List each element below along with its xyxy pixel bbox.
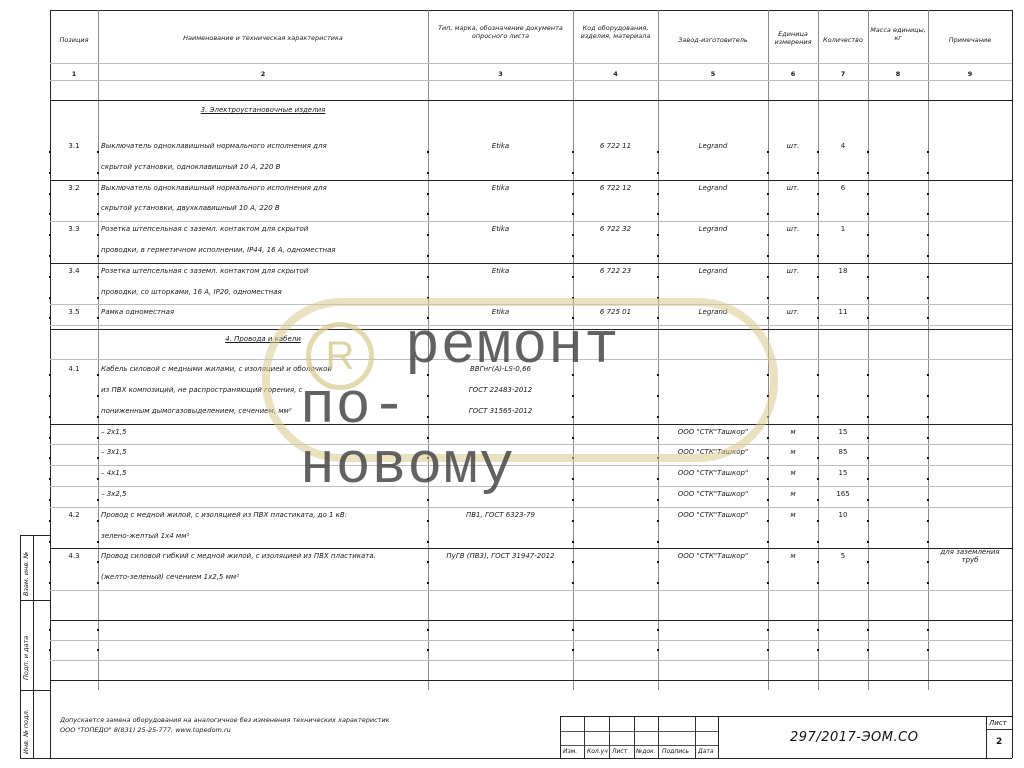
grid-node <box>817 193 819 195</box>
tb-label-koluch: Кол.уч <box>587 748 608 755</box>
item-note: для заземления труб <box>931 548 1009 564</box>
item-name-line: – 3х1,5 <box>101 448 425 457</box>
item-quantity: 18 <box>821 267 865 276</box>
grid-node <box>927 234 929 236</box>
grid-node <box>867 649 869 651</box>
grid-node <box>49 151 51 153</box>
row-divider <box>50 590 1012 591</box>
header-label-col4: Код оборудования, изделия, материала <box>575 24 656 40</box>
row-divider <box>50 486 1012 487</box>
grid-node <box>427 649 429 651</box>
row-divider <box>50 548 1012 549</box>
grid-node <box>97 395 99 397</box>
grid-node <box>817 649 819 651</box>
item-quantity: 15 <box>821 428 865 437</box>
grid-node <box>767 317 769 319</box>
grid-node <box>97 649 99 651</box>
grid-node <box>572 541 574 543</box>
grid-node <box>97 374 99 376</box>
grid-node <box>427 172 429 174</box>
grid-node <box>49 276 51 278</box>
tb-label-list: Лист <box>612 748 627 755</box>
grid-node <box>657 234 659 236</box>
item-quantity: 4 <box>821 142 865 151</box>
header-number-col5: 5 <box>660 70 766 79</box>
grid-node <box>867 629 869 631</box>
grid-node <box>767 151 769 153</box>
item-name-line: проводки, в герметичном исполнении, IP44… <box>101 246 425 255</box>
item-name-line: – 3х2,5 <box>101 490 425 499</box>
grid-node <box>657 629 659 631</box>
column-divider <box>868 10 869 690</box>
row-divider <box>50 80 1012 81</box>
item-type: Etika <box>431 184 570 193</box>
row-divider <box>50 680 1012 681</box>
grid-node <box>767 629 769 631</box>
item-position: 3.4 <box>53 267 95 276</box>
item-maker: ООО "СТК"Ташкор" <box>661 552 765 561</box>
grid-node <box>817 234 819 236</box>
grid-node <box>867 582 869 584</box>
grid-node <box>97 520 99 522</box>
grid-node <box>867 374 869 376</box>
item-unit: шт. <box>771 225 815 234</box>
grid-node <box>657 317 659 319</box>
row-divider <box>50 63 1012 64</box>
grid-node <box>572 213 574 215</box>
tb-label-date: Дата <box>698 748 714 755</box>
registered-icon: R <box>306 322 374 390</box>
grid-node <box>572 374 574 376</box>
grid-node <box>657 457 659 459</box>
item-maker: ООО "СТК"Ташкор" <box>661 469 765 478</box>
grid-node <box>427 374 429 376</box>
item-quantity: 85 <box>821 448 865 457</box>
row-divider <box>50 465 1012 466</box>
item-type: Etika <box>431 308 570 317</box>
grid-node <box>817 276 819 278</box>
grid-node <box>817 416 819 418</box>
item-code: 6 722 11 <box>576 142 655 151</box>
grid-node <box>767 297 769 299</box>
grid-node <box>867 561 869 563</box>
grid-node <box>657 416 659 418</box>
grid-node <box>657 395 659 397</box>
grid-node <box>927 629 929 631</box>
grid-node <box>97 172 99 174</box>
grid-node <box>49 213 51 215</box>
item-position: 3.5 <box>53 308 95 317</box>
grid-node <box>817 499 819 501</box>
item-position: 4.3 <box>53 552 95 561</box>
grid-node <box>927 374 929 376</box>
grid-node <box>657 172 659 174</box>
grid-node <box>867 151 869 153</box>
document-code: 297/2017-ЭОМ.СО <box>790 730 918 745</box>
grid-node <box>97 582 99 584</box>
item-name-line: Провод силовой гибкий с медной жилой, с … <box>101 552 425 561</box>
grid-node <box>657 499 659 501</box>
item-name-line: пониженным дымогазовыделением, сечением,… <box>101 407 425 416</box>
grid-node <box>927 151 929 153</box>
grid-node <box>572 276 574 278</box>
grid-node <box>657 276 659 278</box>
grid-node <box>867 276 869 278</box>
item-unit: шт. <box>771 184 815 193</box>
grid-node <box>927 499 929 501</box>
frame-left <box>50 10 51 758</box>
grid-node <box>427 437 429 439</box>
column-divider <box>573 10 574 690</box>
grid-node <box>49 193 51 195</box>
grid-node <box>97 213 99 215</box>
item-type: Etika <box>431 267 570 276</box>
grid-node <box>867 297 869 299</box>
grid-node <box>572 395 574 397</box>
item-name-line: Выключатель одноклавишный нормального ис… <box>101 184 425 193</box>
grid-node <box>817 520 819 522</box>
grid-node <box>427 582 429 584</box>
item-code: 6 722 32 <box>576 225 655 234</box>
item-name-line: (желто-зеленый) сечением 1х2,5 мм² <box>101 573 425 582</box>
grid-node <box>927 297 929 299</box>
header-number-col2: 2 <box>100 70 426 79</box>
item-unit: шт. <box>771 308 815 317</box>
item-type: ГОСТ 31565-2012 <box>431 407 570 416</box>
item-name-line: Рамка одноместная <box>101 308 425 317</box>
side-stamp-replace-inv: Взам. инв. № <box>22 552 30 596</box>
row-divider <box>50 444 1012 445</box>
item-position: 3.3 <box>53 225 95 234</box>
grid-node <box>49 395 51 397</box>
grid-node <box>97 193 99 195</box>
item-unit: м <box>771 511 815 520</box>
item-maker: Legrand <box>661 184 765 193</box>
grid-node <box>817 629 819 631</box>
row-divider <box>50 329 1012 330</box>
side-stamp-inv-orig: Инв. № подл. <box>22 709 30 754</box>
grid-node <box>49 499 51 501</box>
grid-node <box>427 457 429 459</box>
grid-node <box>817 151 819 153</box>
grid-node <box>49 297 51 299</box>
item-name-line: Кабель силовой с медными жилами, с изоля… <box>101 365 425 374</box>
column-divider <box>428 10 429 690</box>
grid-node <box>927 317 929 319</box>
item-unit: шт. <box>771 142 815 151</box>
grid-node <box>867 437 869 439</box>
item-unit: м <box>771 469 815 478</box>
row-divider <box>50 359 1012 360</box>
grid-node <box>49 629 51 631</box>
item-maker: Legrand <box>661 308 765 317</box>
grid-node <box>767 457 769 459</box>
column-divider <box>658 10 659 690</box>
column-divider <box>768 10 769 690</box>
item-quantity: 5 <box>821 552 865 561</box>
grid-node <box>867 457 869 459</box>
grid-node <box>817 561 819 563</box>
item-quantity: 11 <box>821 308 865 317</box>
specification-sheet: Позиция1Наименование и техническая харак… <box>0 0 1024 768</box>
grid-node <box>97 416 99 418</box>
item-name-line: скрытой установки, одноклавишный 10 А, 2… <box>101 163 425 172</box>
grid-node <box>927 437 929 439</box>
grid-node <box>867 541 869 543</box>
row-divider <box>50 325 1012 326</box>
row-divider <box>50 263 1012 264</box>
row-divider <box>50 507 1012 508</box>
header-number-col4: 4 <box>575 70 656 79</box>
item-name-line: Розетка штепсельная с заземл. контактом … <box>101 267 425 276</box>
item-name-line: из ПВХ композиций, не распространяющий г… <box>101 386 425 395</box>
grid-node <box>657 213 659 215</box>
item-position: 3.2 <box>53 184 95 193</box>
header-number-col6: 6 <box>770 70 816 79</box>
tb-label-izm: Изм. <box>563 748 577 755</box>
grid-node <box>572 582 574 584</box>
footnote-line1: Допускается замена оборудования на анало… <box>60 716 390 725</box>
grid-node <box>767 395 769 397</box>
grid-node <box>427 395 429 397</box>
item-position: 4.2 <box>53 511 95 520</box>
grid-node <box>867 499 869 501</box>
grid-node <box>867 395 869 397</box>
grid-node <box>767 234 769 236</box>
sheet-label: Лист <box>989 719 1007 727</box>
item-unit: м <box>771 448 815 457</box>
grid-node <box>427 541 429 543</box>
grid-node <box>427 561 429 563</box>
item-position: 3.1 <box>53 142 95 151</box>
grid-node <box>49 374 51 376</box>
tb-label-signature: Подпись <box>662 748 689 755</box>
grid-node <box>817 213 819 215</box>
column-divider <box>818 10 819 690</box>
grid-node <box>572 172 574 174</box>
grid-node <box>767 374 769 376</box>
item-name-line: Провод с медной жилой, с изоляцией из ПВ… <box>101 511 425 520</box>
grid-node <box>767 255 769 257</box>
grid-node <box>927 395 929 397</box>
row-divider <box>50 620 1012 621</box>
grid-node <box>49 416 51 418</box>
grid-node <box>572 478 574 480</box>
header-label-col5: Завод-изготовитель <box>660 36 766 44</box>
grid-node <box>767 649 769 651</box>
row-divider <box>50 660 1012 661</box>
grid-node <box>767 276 769 278</box>
grid-node <box>572 499 574 501</box>
item-unit: шт. <box>771 267 815 276</box>
item-code: 6 722 23 <box>576 267 655 276</box>
row-divider <box>50 221 1012 222</box>
grid-node <box>817 582 819 584</box>
grid-node <box>427 478 429 480</box>
grid-node <box>657 297 659 299</box>
grid-node <box>572 457 574 459</box>
grid-node <box>49 234 51 236</box>
grid-node <box>572 234 574 236</box>
side-stamp-sign-date: Подп. и дата <box>22 636 30 680</box>
grid-node <box>927 172 929 174</box>
header-label-col1: Позиция <box>52 36 96 44</box>
item-name-line: Выключатель одноклавишный нормального ис… <box>101 142 425 151</box>
row-divider <box>50 424 1012 425</box>
grid-node <box>817 297 819 299</box>
grid-node <box>49 457 51 459</box>
grid-node <box>427 193 429 195</box>
grid-node <box>657 561 659 563</box>
grid-node <box>427 297 429 299</box>
header-label-col8: Масса единицы, кг <box>870 26 926 42</box>
item-quantity: 165 <box>821 490 865 499</box>
header-number-col7: 7 <box>820 70 866 79</box>
grid-node <box>49 172 51 174</box>
item-name-line: зелено-желтый 1х4 мм² <box>101 532 425 541</box>
grid-node <box>867 172 869 174</box>
grid-node <box>427 255 429 257</box>
grid-node <box>49 478 51 480</box>
frame-right <box>1012 10 1013 758</box>
grid-node <box>97 234 99 236</box>
row-divider <box>50 304 1012 305</box>
item-name-line: Розетка штепсельная с заземл. контактом … <box>101 225 425 234</box>
item-unit: м <box>771 552 815 561</box>
item-maker: Legrand <box>661 142 765 151</box>
grid-node <box>927 193 929 195</box>
grid-node <box>867 193 869 195</box>
grid-node <box>927 457 929 459</box>
grid-node <box>927 255 929 257</box>
tb-label-ndoc: №док. <box>636 748 656 755</box>
grid-node <box>927 213 929 215</box>
item-position: 4.1 <box>53 365 95 374</box>
grid-node <box>767 520 769 522</box>
item-maker: Legrand <box>661 267 765 276</box>
grid-node <box>49 582 51 584</box>
item-unit: м <box>771 490 815 499</box>
grid-node <box>97 457 99 459</box>
grid-node <box>49 561 51 563</box>
grid-node <box>867 234 869 236</box>
grid-node <box>572 629 574 631</box>
grid-node <box>49 317 51 319</box>
grid-node <box>97 297 99 299</box>
grid-node <box>427 416 429 418</box>
item-type: Etika <box>431 142 570 151</box>
grid-node <box>767 213 769 215</box>
grid-node <box>817 374 819 376</box>
header-number-col1: 1 <box>52 70 96 79</box>
grid-node <box>427 151 429 153</box>
row-divider <box>50 100 1012 101</box>
grid-node <box>427 213 429 215</box>
grid-node <box>657 520 659 522</box>
grid-node <box>867 255 869 257</box>
grid-node <box>767 416 769 418</box>
grid-node <box>657 478 659 480</box>
grid-node <box>427 629 429 631</box>
item-maker: ООО "СТК"Ташкор" <box>661 428 765 437</box>
header-label-col3: Тип, марка, обозначение документа опросн… <box>430 24 571 40</box>
grid-node <box>927 541 929 543</box>
grid-node <box>767 499 769 501</box>
item-code: 6 722 12 <box>576 184 655 193</box>
grid-node <box>572 561 574 563</box>
grid-node <box>572 317 574 319</box>
watermark-line2: по-новому <box>300 378 515 498</box>
item-code: 6 725 01 <box>576 308 655 317</box>
grid-node <box>97 255 99 257</box>
grid-node <box>767 582 769 584</box>
grid-node <box>97 437 99 439</box>
grid-node <box>927 520 929 522</box>
header-label-col6: Единица измерения <box>770 30 816 46</box>
header-number-col3: 3 <box>430 70 571 79</box>
row-divider <box>50 640 1012 641</box>
grid-node <box>657 649 659 651</box>
grid-node <box>49 437 51 439</box>
grid-node <box>817 437 819 439</box>
grid-node <box>97 541 99 543</box>
item-name-line: – 4х1,5 <box>101 469 425 478</box>
section-title: 3. Электроустановочные изделия <box>98 106 428 115</box>
grid-node <box>867 478 869 480</box>
item-maker: ООО "СТК"Ташкор" <box>661 490 765 499</box>
grid-node <box>97 561 99 563</box>
grid-node <box>867 317 869 319</box>
grid-node <box>97 629 99 631</box>
item-name-line: скрытой установки, двухклавишный 10 А, 2… <box>101 204 425 213</box>
grid-node <box>572 437 574 439</box>
header-number-col9: 9 <box>930 70 1010 79</box>
grid-node <box>867 213 869 215</box>
item-maker: ООО "СТК"Ташкор" <box>661 448 765 457</box>
row-divider <box>50 180 1012 181</box>
item-quantity: 6 <box>821 184 865 193</box>
grid-node <box>572 193 574 195</box>
grid-node <box>572 416 574 418</box>
grid-node <box>767 193 769 195</box>
grid-node <box>427 234 429 236</box>
item-maker: ООО "СТК"Ташкор" <box>661 511 765 520</box>
grid-node <box>97 478 99 480</box>
footnote-line2: ООО "ТОПЕДО" 8(831) 25-25-777, www.toped… <box>60 726 231 735</box>
watermark-frame <box>262 298 778 462</box>
item-type: ГОСТ 22483-2012 <box>431 386 570 395</box>
grid-node <box>867 520 869 522</box>
grid-node <box>49 255 51 257</box>
grid-node <box>927 416 929 418</box>
item-unit: м <box>771 428 815 437</box>
grid-node <box>927 478 929 480</box>
grid-node <box>427 276 429 278</box>
grid-node <box>97 276 99 278</box>
header-number-col8: 8 <box>870 70 926 79</box>
grid-node <box>767 437 769 439</box>
grid-node <box>767 172 769 174</box>
grid-node <box>572 649 574 651</box>
grid-node <box>817 457 819 459</box>
column-divider <box>928 10 929 690</box>
grid-node <box>657 541 659 543</box>
grid-node <box>817 317 819 319</box>
item-type: ВВГнг(А)-LS-0,66 <box>431 365 570 374</box>
grid-node <box>817 172 819 174</box>
grid-node <box>927 276 929 278</box>
header-label-col2: Наименование и техническая характеристик… <box>100 34 426 42</box>
